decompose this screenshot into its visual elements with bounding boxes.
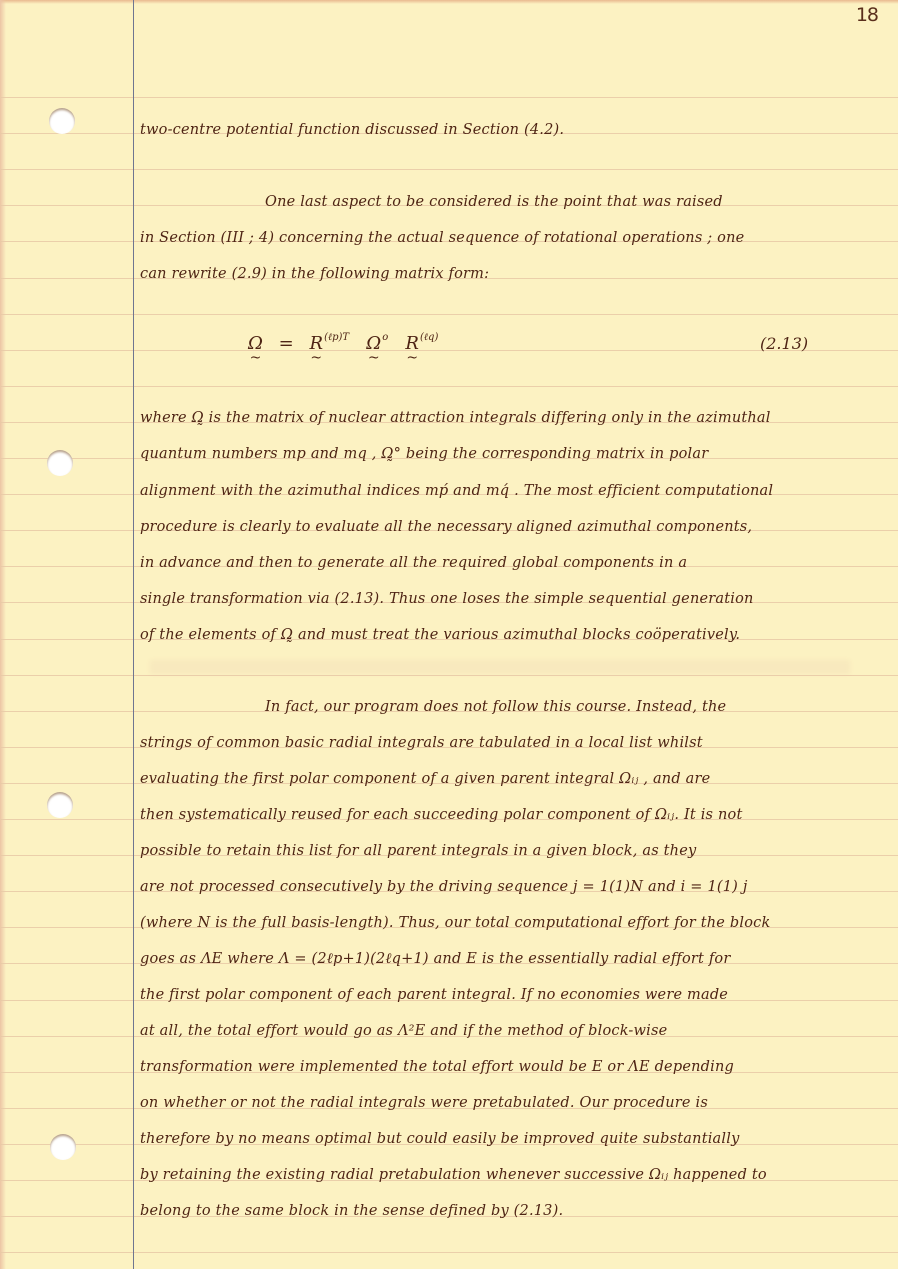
punch-hole: [47, 450, 73, 476]
punch-hole: [49, 108, 75, 134]
ruling-line: [0, 675, 898, 676]
text-line: two-centre potential function discussed …: [140, 120, 564, 140]
margin-line: [133, 0, 134, 1269]
text-line: One last aspect to be considered is the …: [265, 192, 723, 212]
text-line: alignment with the azimuthal indices mṕ …: [140, 481, 773, 501]
rotation-matrix-p: R~: [310, 333, 324, 354]
text-line: procedure is clearly to evaluate all the…: [140, 517, 752, 537]
superscript: o: [382, 332, 388, 343]
omega-polar-symbol: Ω~: [366, 333, 381, 354]
omega-matrix-symbol: Ω~: [248, 333, 263, 354]
ruled-paper: 18 two-centre potential function discuss…: [0, 0, 898, 1269]
equals-sign: =: [279, 333, 294, 354]
text-line: then systematically reused for each succ…: [140, 805, 743, 825]
text-line: can rewrite (2.9) in the following matri…: [140, 264, 489, 284]
text-line: where Ω̰ is the matrix of nuclear attrac…: [140, 408, 771, 428]
punch-hole: [50, 1134, 76, 1160]
text-line: of the elements of Ω̰ and must treat the…: [140, 625, 740, 645]
text-line: In fact, our program does not follow thi…: [265, 697, 726, 717]
faint-erased-text: [150, 660, 850, 674]
page-number: 18: [856, 4, 878, 26]
text-line: are not processed consecutively by the d…: [140, 877, 748, 897]
ruling-line: [0, 386, 898, 387]
text-line: in advance and then to generate all the …: [140, 553, 687, 573]
ruling-line: [0, 169, 898, 170]
superscript: (ℓp)T: [324, 332, 349, 343]
superscript: (ℓq): [420, 332, 438, 343]
text-line: therefore by no means optimal but could …: [140, 1129, 739, 1149]
text-line: strings of common basic radial integrals…: [140, 733, 703, 753]
text-line: the first polar component of each parent…: [140, 985, 728, 1005]
ruling-line: [0, 314, 898, 315]
paper-left-edge: [0, 0, 6, 1269]
equation-number: (2.13): [760, 334, 808, 353]
text-line: goes as ΛE where Λ = (2ℓp+1)(2ℓq+1) and …: [140, 949, 730, 969]
text-line: single transformation via (2.13). Thus o…: [140, 589, 754, 609]
ruling-line: [0, 1252, 898, 1253]
text-line: by retaining the existing radial pretabu…: [140, 1165, 767, 1185]
text-line: on whether or not the radial integrals w…: [140, 1093, 708, 1113]
text-line: evaluating the first polar component of …: [140, 769, 710, 789]
text-line: quantum numbers mp and mq , Ω̰° being th…: [140, 444, 708, 464]
equation-2-13: Ω~ = R~ (ℓp)T Ω~ o R~ (ℓq): [248, 332, 438, 354]
rotation-matrix-q: R~: [405, 333, 419, 354]
punch-hole: [47, 792, 73, 818]
text-line: possible to retain this list for all par…: [140, 841, 696, 861]
text-line: (where N is the full basis-length). Thus…: [140, 913, 770, 933]
text-line: at all, the total effort would go as Λ²E…: [140, 1021, 667, 1041]
text-line: in Section (III ; 4) concerning the actu…: [140, 228, 744, 248]
text-line: transformation were implemented the tota…: [140, 1057, 734, 1077]
paper-top-edge: [0, 0, 898, 4]
text-line: belong to the same block in the sense de…: [140, 1201, 563, 1221]
ruling-line: [0, 97, 898, 98]
